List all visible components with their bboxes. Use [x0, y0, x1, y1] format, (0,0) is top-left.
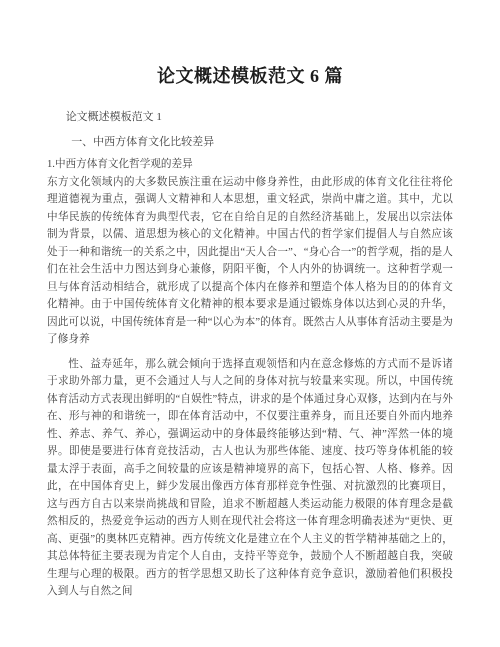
body-paragraph-1: 东方文化领域内的大多数民族注重在运动中修身养性，由此形成的体育文化往往将伦理道德…: [47, 174, 453, 349]
document-title: 论文概述模板范文 6 篇: [47, 0, 453, 88]
subsection-heading: 1.中西方体育文化哲学观的差异: [47, 156, 453, 174]
section-heading: 一、中西方体育文化比较差异: [47, 135, 453, 150]
body-paragraph-2: 性、益寿延年，那么就会倾向于选择直观领悟和内在意念修炼的方式而不是诉诸于求助外部…: [47, 356, 453, 601]
document-page: 论文概述模板范文 6 篇 论文概述模板范文 1 一、中西方体育文化比较差异 1.…: [0, 0, 500, 647]
document-subtitle: 论文概述模板范文 1: [47, 110, 453, 125]
